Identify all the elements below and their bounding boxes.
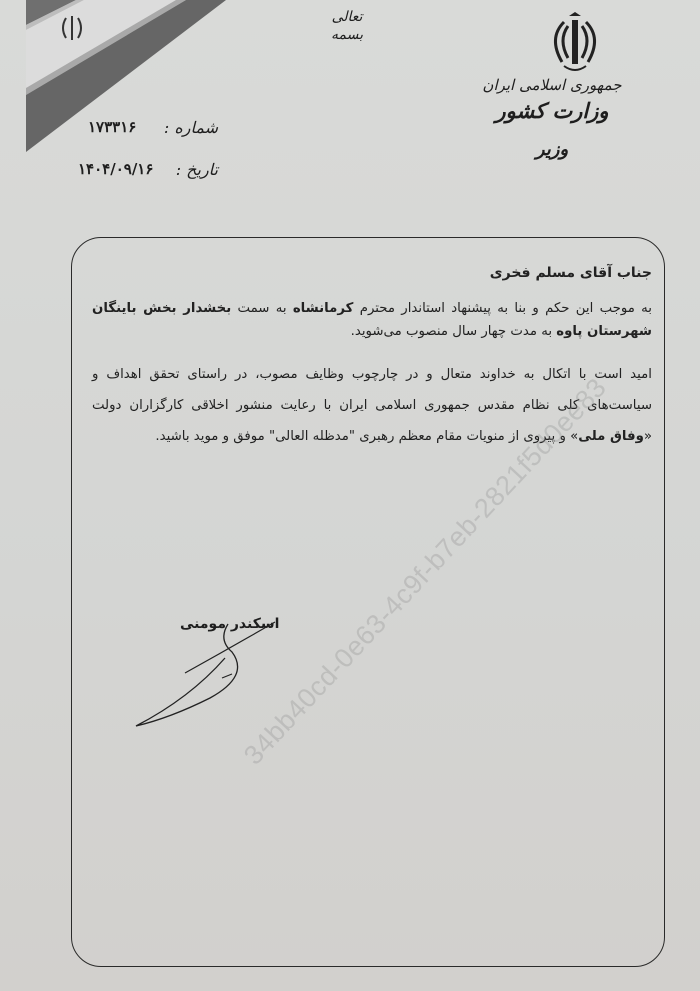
national-emblem-icon: [542, 12, 608, 74]
appointment-paragraph: به موجب این حکم و بنا به پیشنهاد استاندا…: [92, 297, 652, 343]
date-label: تاریخ :: [176, 160, 218, 179]
office-title: وزیر: [462, 139, 642, 160]
date-value: ۱۴۰۴/۰۹/۱۶: [78, 160, 153, 178]
para1-text: به مدت چهار سال منصوب می‌شوید.: [351, 324, 557, 339]
bismillah-line-1: بسمه: [322, 26, 372, 44]
number-value: ۱۷۳۳۱۶: [88, 118, 136, 136]
republic-name: جمهوری اسلامی ایران: [462, 76, 642, 94]
signature-scribble-icon: [130, 618, 290, 728]
bismillah-line-2: تعالی: [322, 8, 372, 26]
province-name: کرمانشاه: [293, 301, 354, 316]
issuer-block: جمهوری اسلامی ایران وزارت کشور وزیر: [462, 76, 642, 160]
bismillah-heading: تعالی بسمه: [322, 8, 372, 44]
letter-page: تعالی بسمه جمهوری اسلامی ایران وزارت کشو…: [0, 0, 700, 991]
government-slogan: وفاق ملی: [578, 429, 644, 444]
number-label: شماره :: [164, 118, 218, 137]
salutation: جناب آقای مسلم فخری: [92, 262, 652, 285]
para1-text: به سمت: [231, 301, 293, 316]
para1-text: به موجب این حکم و بنا به پیشنهاد استاندا…: [353, 301, 652, 316]
ministry-name: وزارت کشور: [462, 98, 642, 123]
para2-text: » و پیروی از منویات مقام معظم رهبری "مدظ…: [155, 429, 578, 444]
